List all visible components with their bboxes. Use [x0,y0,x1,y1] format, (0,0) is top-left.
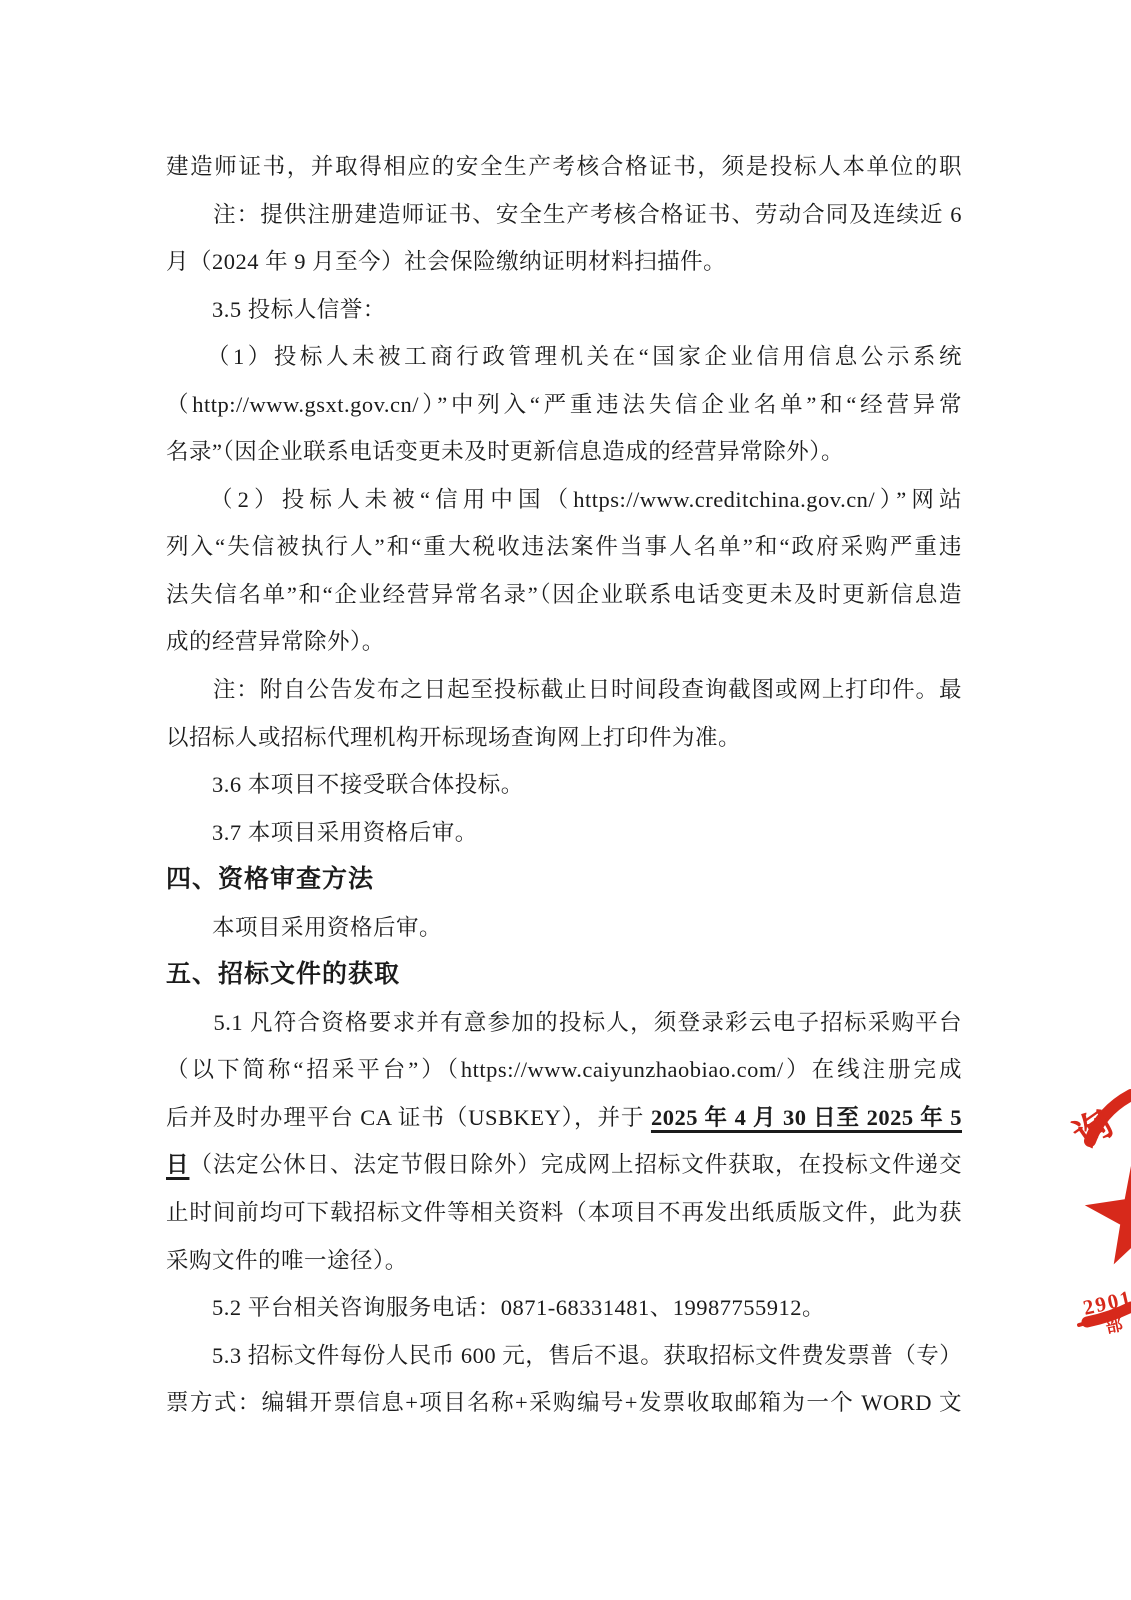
seal-text-top: 询 [1066,1102,1121,1158]
highlighted-date-range: 日 [166,1152,189,1177]
seal-star [1085,1160,1131,1265]
seal-text-bottom: 部 [1104,1314,1125,1337]
text-run: 成的经营异常除外）。 [166,629,385,654]
seal-ring-arc-bottom [1087,1307,1131,1322]
seal-serial-number: 29016 [1081,1282,1131,1319]
text-run: （1）投标人未被工商行政管理机关在“国家企业信用信息公示系统 [166,344,962,369]
text-run: 以招标人或招标代理机构开标现场查询网上打印件为准。 [166,725,741,750]
text-line: 3.5 投标人信誉： [166,286,962,334]
text-run: 止时间前均可下载招标文件等相关资料（本项目不再发出纸质版文件，此为获取 [166,1200,962,1237]
text-run: （2）投标人未被“信用中国（https://www.creditchina.go… [166,487,962,512]
text-run: 采购文件的唯一途径）。 [166,1248,408,1273]
text-line: 后并及时办理平台 CA 证书（USBKEY），并于 2025 年 4 月 30 … [166,1094,962,1142]
text-line: 月（2024 年 9 月至今）社会保险缴纳证明材料扫描件。 [166,238,962,286]
text-line: 法失信名单”和“企业经营异常名录”（因企业联系电话变更未及时更新信息造 [166,571,962,619]
text-run: 建造师证书，并取得相应的安全生产考核合格证书，须是投标人本单位的职工。 [166,154,962,191]
text-line: 名录”（因企业联系电话变更未及时更新信息造成的经营异常除外）。 [166,428,962,476]
text-line: 本项目采用资格后审。 [166,904,962,952]
text-line: 票方式：编辑开票信息+项目名称+采购编号+发票收取邮箱为一个 WORD 文件，发 [166,1379,962,1427]
text-run: 注：提供注册建造师证书、安全生产考核合格证书、劳动合同及连续近 6 个 [166,202,962,239]
text-line: 以招标人或招标代理机构开标现场查询网上打印件为准。 [166,714,962,762]
text-line: 3.7 本项目采用资格后审。 [166,809,962,857]
section-heading: 五、招标文件的获取 [166,951,962,999]
text-line: （http://www.gsxt.gov.cn/）”中列入“严重违法失信企业名单… [166,381,962,429]
text-run: 本项目采用资格后审。 [166,915,442,940]
text-run: 5.2 平台相关咨询服务电话：0871-68331481、19987755912… [166,1295,825,1320]
text-run: 5.3 招标文件每份人民币 600 元，售后不退。获取招标文件费发票普（专） [166,1343,962,1368]
text-line: 列入“失信被执行人”和“重大税收违法案件当事人名单”和“政府采购严重违 [166,523,962,571]
text-line: 成的经营异常除外）。 [166,618,962,666]
text-line: （以下简称“招采平台”）（https://www.caiyunzhaobiao.… [166,1046,962,1094]
text-run: （http://www.gsxt.gov.cn/）”中列入“严重违法失信企业名单… [166,392,962,417]
seal-ring-arc-top [1090,1095,1131,1141]
text-run: （以下简称“招采平台”）（https://www.caiyunzhaobiao.… [166,1057,962,1082]
text-line: 建造师证书，并取得相应的安全生产考核合格证书，须是投标人本单位的职工。 [166,143,962,191]
text-line: 注：附自公告发布之日起至投标截止日时间段查询截图或网上打印件。最终 [166,666,962,714]
text-run: 3.7 本项目采用资格后审。 [166,820,478,845]
text-run: 五、招标文件的获取 [166,961,400,988]
text-run: 5.1 凡符合资格要求并有意参加的投标人，须登录彩云电子招标采购平台 [166,1010,962,1035]
text-run: 法失信名单”和“企业经营异常名录”（因企业联系电话变更未及时更新信息造 [166,582,962,607]
section-heading: 四、资格审查方法 [166,856,962,904]
text-line: （1）投标人未被工商行政管理机关在“国家企业信用信息公示系统 [166,333,962,381]
text-run: 注：附自公告发布之日起至投标截止日时间段查询截图或网上打印件。最终 [166,677,962,714]
text-run: 月（2024 年 9 月至今）社会保险缴纳证明材料扫描件。 [166,249,726,274]
text-line: 5.3 招标文件每份人民币 600 元，售后不退。获取招标文件费发票普（专） [166,1332,962,1380]
text-run: 票方式：编辑开票信息+项目名称+采购编号+发票收取邮箱为一个 WORD 文件，发 [166,1390,962,1427]
text-run: 后并及时办理平台 CA 证书（USBKEY），并于 [166,1105,651,1130]
text-run: 名录”（因企业联系电话变更未及时更新信息造成的经营异常除外）。 [166,439,844,464]
text-line: 5.2 平台相关咨询服务电话：0871-68331481、19987755912… [166,1284,962,1332]
text-line: 3.6 本项目不接受联合体投标。 [166,761,962,809]
text-run: 3.5 投标人信誉： [166,297,386,322]
text-run: （法定公休日、法定节假日除外）完成网上招标文件获取，在投标文件递交截 [166,1152,962,1189]
text-run: 四、资格审查方法 [166,866,374,893]
text-run: 列入“失信被执行人”和“重大税收违法案件当事人名单”和“政府采购严重违 [166,534,962,559]
seal-ink-fragment [1079,1323,1086,1325]
text-line: 止时间前均可下载招标文件等相关资料（本项目不再发出纸质版文件，此为获取 [166,1189,962,1237]
official-seal-stamp: 询 29016 部 [1035,1065,1131,1355]
text-run: 3.6 本项目不接受联合体投标。 [166,772,524,797]
document-page: 建造师证书，并取得相应的安全生产考核合格证书，须是投标人本单位的职工。 注：提供… [0,0,1131,1600]
document-text: 建造师证书，并取得相应的安全生产考核合格证书，须是投标人本单位的职工。 注：提供… [166,143,962,1427]
text-line: （2）投标人未被“信用中国（https://www.creditchina.go… [166,476,962,524]
text-line: 5.1 凡符合资格要求并有意参加的投标人，须登录彩云电子招标采购平台 [166,999,962,1047]
text-line: 日（法定公休日、法定节假日除外）完成网上招标文件获取，在投标文件递交截 [166,1141,962,1189]
text-line: 采购文件的唯一途径）。 [166,1237,962,1285]
text-line: 注：提供注册建造师证书、安全生产考核合格证书、劳动合同及连续近 6 个 [166,191,962,239]
